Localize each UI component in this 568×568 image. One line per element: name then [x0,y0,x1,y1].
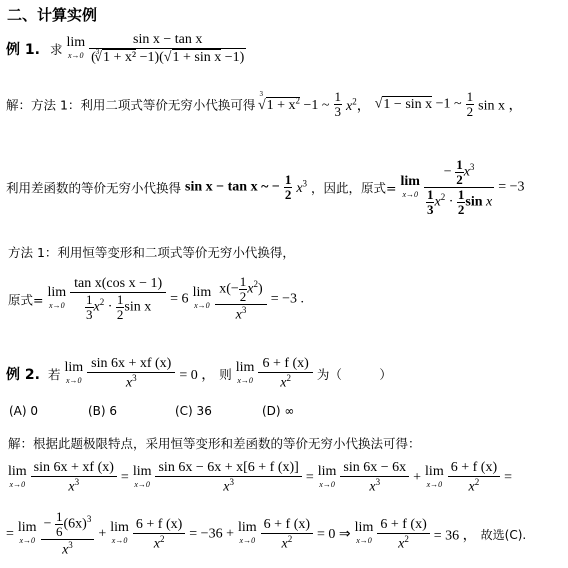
solution-1-line-1: 解：方法 1：利用二项式等价无穷小代换可得 3√1 + x2 −1 ~ 13 x… [6,90,522,119]
solution-1-line-2: 利用差函数的等价无穷小代换得 sin x − tan x ~ − 12 x3 ，… [6,158,525,217]
option-c[interactable]: (C) 36 [175,404,212,418]
example-1: 例 1. 求 limx→0 sin x − tan x (3√1 + x² −1… [6,32,246,66]
option-b[interactable]: (B) 6 [88,404,117,418]
option-d[interactable]: (D) ∞ [262,404,294,418]
sqrt-expr: √1 − sin x −1 ~ [375,96,462,112]
limit-operator: limx→0 [401,175,420,201]
section-title: 二、计算实例 [7,4,97,25]
solution-2-line-1: limx→0 sin 6x + xf (x)x3 = limx→0 sin 6x… [8,460,512,496]
solution-2-line-2: = limx→0 − 16(6x)3 x3 + limx→0 6 + f (x)… [6,510,526,559]
limit-operator: limx→0 [66,36,85,62]
example-1-fraction: sin x − tan x (3√1 + x² −1)(√1 + sin x −… [89,32,246,66]
method-1b-expression: 原式= limx→0 tan x(cos x − 1) 13x2 · 12sin… [8,275,304,324]
example-2: 例 2. 若 limx→0 sin 6x + xf (x) x3 = 0 ， 则… [6,356,392,392]
solution-1-fraction: − 12x3 13x2 · 12sin x [424,158,494,217]
cube-root-expr: 3√1 + x2 −1 ~ [259,98,329,113]
method-1b-intro: 方法 1：利用恒等变形和二项式等价无穷小代换得， [8,243,295,261]
solution-2-intro: 解：根据此题极限特点，采用恒等变形和差函数的等价无穷小代换法可得： [8,434,421,452]
example-1-prompt: 求 [50,42,63,57]
option-a[interactable]: (A) 0 [9,404,38,418]
example-1-label: 例 1. [6,42,40,58]
